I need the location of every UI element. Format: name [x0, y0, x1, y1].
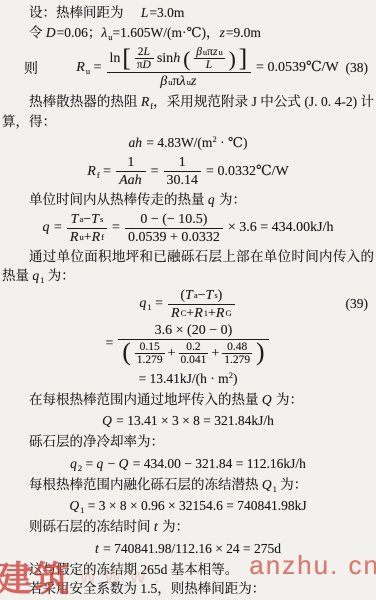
paragraph-Q1-intro: 每根热棒范围内融化砾石层的冻结潜热 Q1 为：	[2, 475, 374, 495]
formula-39-lhs: q1 =	[139, 296, 163, 312]
fraction-beta-pi-z-L: βuπzu L	[194, 46, 225, 71]
paragraph-conclusion-1: 这与假定的冻结期 265d 基本相等。	[2, 560, 374, 580]
formula-ah: ah = 4.83W/(m2 · ℃)	[2, 132, 374, 153]
formula-38-main-fraction: ln [ 2L πD sinh ( βuπzu L ) ] βuπλuz	[107, 46, 252, 89]
formula-Q: Q = 13.41 × 3 × 8 = 321.84kJ/h	[2, 410, 374, 431]
line-setup-2: 令 D=0.06；λu=1.605W/(m·℃)，z=9.0m	[2, 23, 374, 43]
formula-39-line2: = 3.6 × (20 − 0) ( 0.15 1.279 + 0.2 0.04…	[2, 323, 374, 366]
paragraph-rf-intro: 热棒散热器的热阻 Rf，采用规范附录 J 中公式 (J. 0. 4-2) 计算，…	[2, 92, 374, 131]
paragraph-t-intro: 则砾石层的冻结时间 t 为：	[2, 517, 374, 537]
right-bracket: ]	[238, 49, 248, 69]
formula-q-rhs: × 3.6 = 434.00kJ/h	[228, 220, 334, 236]
plus-sign: +	[211, 346, 219, 361]
equals-sign: =	[112, 220, 120, 236]
formula-38-label: 则	[24, 58, 38, 78]
formula-38-lhs: Ru =	[76, 60, 101, 76]
paragraph-q2-intro: 砾石层的净冷却率为：	[2, 432, 374, 452]
fraction-39-values: 3.6 × (20 − 0) ( 0.15 1.279 + 0.2 0.041 …	[118, 323, 268, 366]
equals-sign: =	[151, 164, 159, 180]
left-paren: (	[182, 49, 191, 69]
fraction-1-3014: 1 30.14	[164, 155, 202, 188]
left-bracket: [	[121, 49, 131, 69]
fraction-015-1279: 0.15 1.279	[135, 341, 165, 366]
formula-q-lhs: q =	[43, 220, 62, 236]
scanned-document-page: { "page": { "bg": "#f2f1ee", "ink": "#1c…	[0, 0, 376, 600]
plus-sign: +	[168, 346, 176, 361]
setup-1-label: 设：热棒间距为	[29, 5, 124, 20]
paragraph-conclusion-2: 若采用安全系数为 1.5，则热棒间距为：	[2, 579, 374, 599]
formula-rf: Rf = 1 Aah = 1 30.14 = 0.0332℃/W	[2, 155, 374, 188]
formula-t: t = 740841.98/112.16 × 24 = 275d	[2, 538, 374, 559]
fraction-02-0041: 0.2 0.041	[179, 341, 209, 366]
right-paren: )	[255, 343, 265, 363]
equation-number-38: (38)	[346, 60, 369, 76]
formula-38-rhs: = 0.0539℃/W	[256, 59, 339, 76]
right-paren: )	[228, 49, 237, 69]
formula-q: q = Ta − Ts Ru + Rf = 0 − (− 10.5) 0.053…	[2, 212, 374, 245]
formula-Q1: Q1 = 3 × 8 × 0.96 × 32154.6 = 740841.98k…	[2, 495, 374, 516]
fraction-39: (Ta − Ts) RC + R1 + RG	[168, 288, 235, 321]
setup-1-equation: L=3.0m	[127, 5, 185, 20]
equals-sign: =	[106, 336, 114, 352]
fraction-1-Aah: 1 Aah	[116, 155, 146, 188]
equation-number-39: (39)	[346, 296, 369, 312]
sinh-operator: sinh	[157, 51, 181, 66]
formula-38-body: Ru = ln [ 2L πD sinh ( βuπzu L )	[76, 46, 338, 89]
paragraph-q1-intro: 通过单位面积地坪和已融砾石层上部在单位时间内传入的热量 q1 为：	[2, 247, 374, 286]
line-setup-1: 设：热棒间距为 L=3.0m	[2, 3, 374, 23]
paragraph-q-intro: 单位时间内从热棒传走的热量 q 为：	[2, 190, 374, 210]
formula-q2: q2 = q − Q = 434.00 − 321.84 = 112.16kJ/…	[2, 453, 374, 474]
left-paren: (	[121, 343, 131, 363]
document-body: 设：热棒间距为 L=3.0m 令 D=0.06；λu=1.605W/(m·℃)，…	[2, 3, 374, 600]
fraction-048-1279: 0.48 1.279	[222, 341, 252, 366]
formula-38: 则 Ru = ln [ 2L πD sinh ( βuπzu L	[2, 46, 374, 89]
fraction-2L-piD: 2L πD	[135, 46, 154, 71]
formula-39-line1: q1 = (Ta − Ts) RC + R1 + RG (39)	[2, 288, 374, 321]
formula-rf-lhs: Rf =	[87, 164, 111, 180]
fraction-values: 0 − (− 10.5) 0.0539 + 0.0332	[125, 212, 223, 245]
fraction-Ta-Ts: Ta − Ts Ru + Rf	[67, 212, 107, 245]
paragraph-Q-intro: 在每根热棒范围内通过地坪传入的热量 Q 为：	[2, 390, 374, 410]
formula-39-result: = 13.41kJ/(h · m2)	[2, 368, 374, 389]
formula-rf-rhs: = 0.0332℃/W	[206, 163, 289, 180]
ln-operator: ln	[110, 51, 121, 66]
